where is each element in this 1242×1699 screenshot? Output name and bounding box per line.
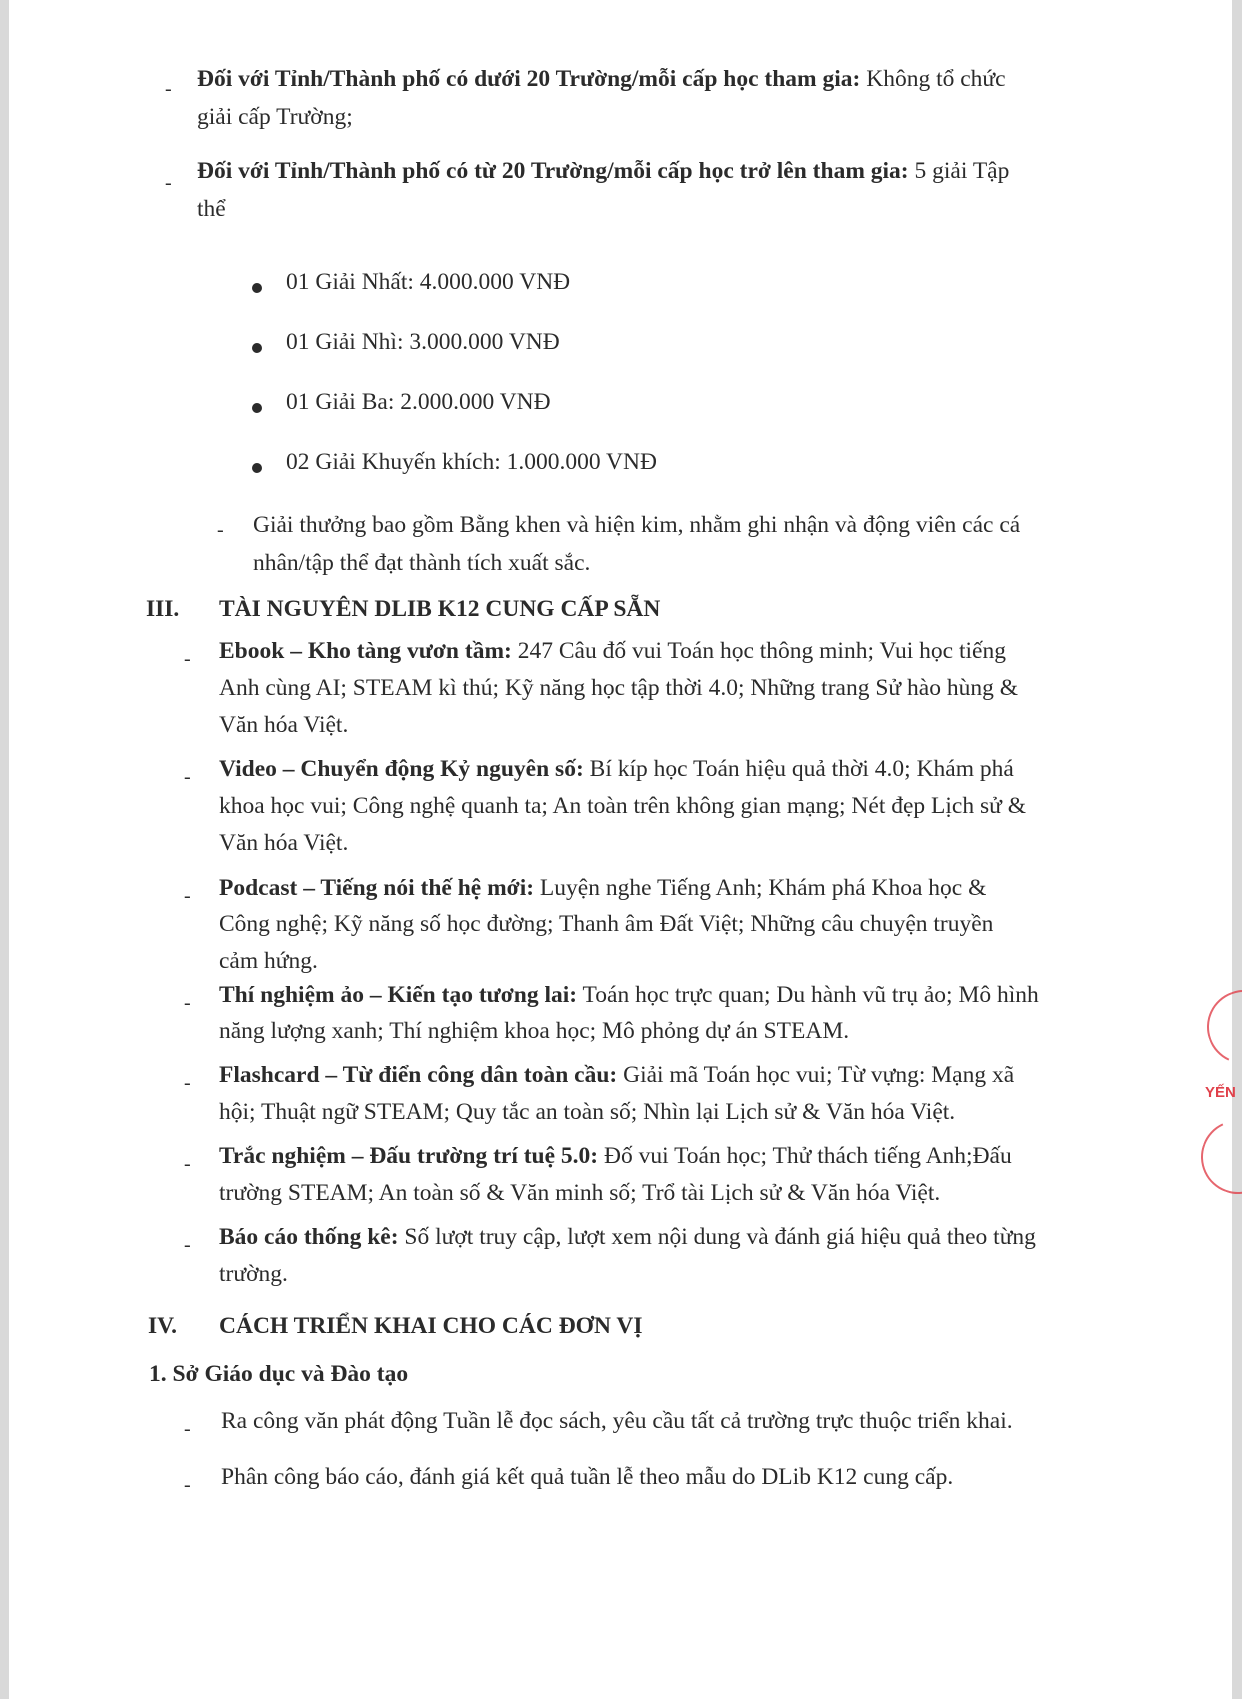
award-note-line2: nhân/tập thể đạt thành tích xuất sắc. [253, 552, 590, 576]
document-page: - Đối với Tỉnh/Thành phố có dưới 20 Trườ… [9, 0, 1232, 1699]
bullet-icon [252, 283, 262, 293]
resource-flashcard-line1: Flashcard – Từ điển công dân toàn cầu: G… [219, 1064, 1014, 1088]
bullet-icon [252, 403, 262, 413]
resource-quiz-line2: trường STEAM; An toàn số & Văn minh số; … [219, 1182, 940, 1206]
resource-video-line2: khoa học vui; Công nghệ quanh ta; An toà… [219, 795, 1026, 819]
list-dash: - [184, 648, 191, 671]
award-over20-line1: Đối với Tỉnh/Thành phố có từ 20 Trường/m… [197, 160, 1009, 184]
resource-report-line2: trường. [219, 1263, 288, 1287]
award-note-line1: Giải thưởng bao gồm Bằng khen và hiện ki… [253, 514, 1020, 538]
award-over20-line2: thể [197, 198, 226, 222]
resource-quiz-line1: Trắc nghiệm – Đấu trường trí tuệ 5.0: Đố… [219, 1145, 1012, 1169]
list-dash: - [217, 519, 224, 542]
resource-report-line1: Báo cáo thống kê: Số lượt truy cập, lượt… [219, 1226, 1036, 1250]
prize-item: 02 Giải Khuyến khích: 1.000.000 VNĐ [286, 451, 657, 475]
resource-ebook-line2: Anh cùng AI; STEAM kì thú; Kỹ năng học t… [219, 677, 1018, 701]
resource-podcast-line2: Công nghệ; Kỹ năng số học đường; Thanh â… [219, 913, 993, 937]
subsection-title: 1. Sở Giáo dục và Đào tạo [149, 1363, 408, 1387]
list-dash: - [184, 1153, 191, 1176]
resource-ebook-line3: Văn hóa Việt. [219, 714, 348, 738]
stamp-arc-bottom [1191, 1110, 1242, 1205]
stamp-arc-top [1197, 980, 1242, 1075]
prize-item: 01 Giải Nhì: 3.000.000 VNĐ [286, 331, 560, 355]
list-dash: - [184, 1072, 191, 1095]
list-dash: - [184, 992, 191, 1015]
resource-video-line3: Văn hóa Việt. [219, 832, 348, 856]
deployment-item: Ra công văn phát động Tuần lễ đọc sách, … [221, 1410, 1013, 1434]
prize-item: 01 Giải Ba: 2.000.000 VNĐ [286, 391, 551, 415]
award-under20-line2: giải cấp Trường; [197, 106, 353, 130]
bullet-icon [252, 343, 262, 353]
section-title: TÀI NGUYÊN DLIB K12 CUNG CẤP SẴN [219, 598, 660, 622]
list-dash: - [184, 1418, 191, 1441]
resource-lab-line1: Thí nghiệm ảo – Kiến tạo tương lai: Toán… [219, 984, 1039, 1008]
list-dash: - [184, 1234, 191, 1257]
resource-video-line1: Video – Chuyển động Kỷ nguyên số: Bí kíp… [219, 758, 1014, 782]
section-title: CÁCH TRIỂN KHAI CHO CÁC ĐƠN VỊ [219, 1315, 642, 1339]
list-dash: - [184, 1474, 191, 1497]
list-dash: - [165, 172, 172, 195]
list-dash: - [165, 78, 172, 101]
section-number: IV. [148, 1315, 177, 1339]
resource-ebook-line1: Ebook – Kho tàng vươn tầm: 247 Câu đố vu… [219, 640, 1006, 664]
deployment-item: Phân công báo cáo, đánh giá kết quả tuần… [221, 1466, 953, 1490]
resource-podcast-line1: Podcast – Tiếng nói thế hệ mới: Luyện ng… [219, 877, 986, 901]
section-number: III. [146, 598, 179, 622]
resource-flashcard-line2: hội; Thuật ngữ STEAM; Quy tắc an toàn số… [219, 1101, 955, 1125]
list-dash: - [184, 885, 191, 908]
resource-podcast-line3: cảm hứng. [219, 950, 318, 974]
bullet-icon [252, 463, 262, 473]
list-dash: - [184, 766, 191, 789]
resource-lab-line2: năng lượng xanh; Thí nghiệm khoa học; Mô… [219, 1020, 849, 1044]
prize-item: 01 Giải Nhất: 4.000.000 VNĐ [286, 271, 570, 295]
stamp-text: YẾN [1205, 1084, 1236, 1101]
award-under20-line1: Đối với Tỉnh/Thành phố có dưới 20 Trường… [197, 68, 1006, 92]
